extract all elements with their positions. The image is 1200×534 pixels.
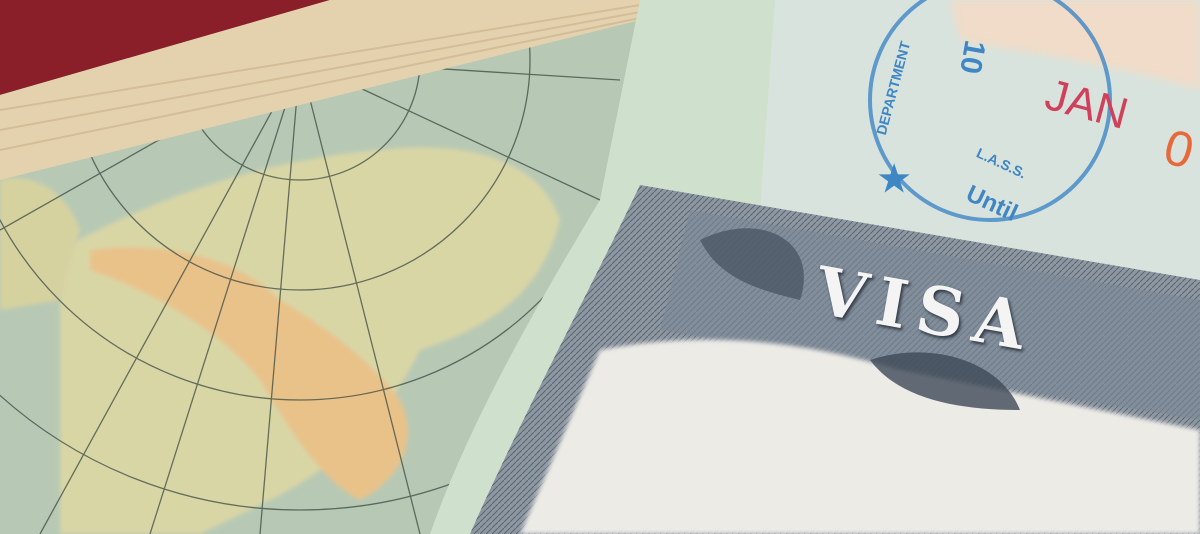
stamp-number: 10 bbox=[952, 38, 991, 77]
photo-scene bbox=[0, 0, 1200, 534]
star-icon: ★ bbox=[878, 158, 910, 200]
